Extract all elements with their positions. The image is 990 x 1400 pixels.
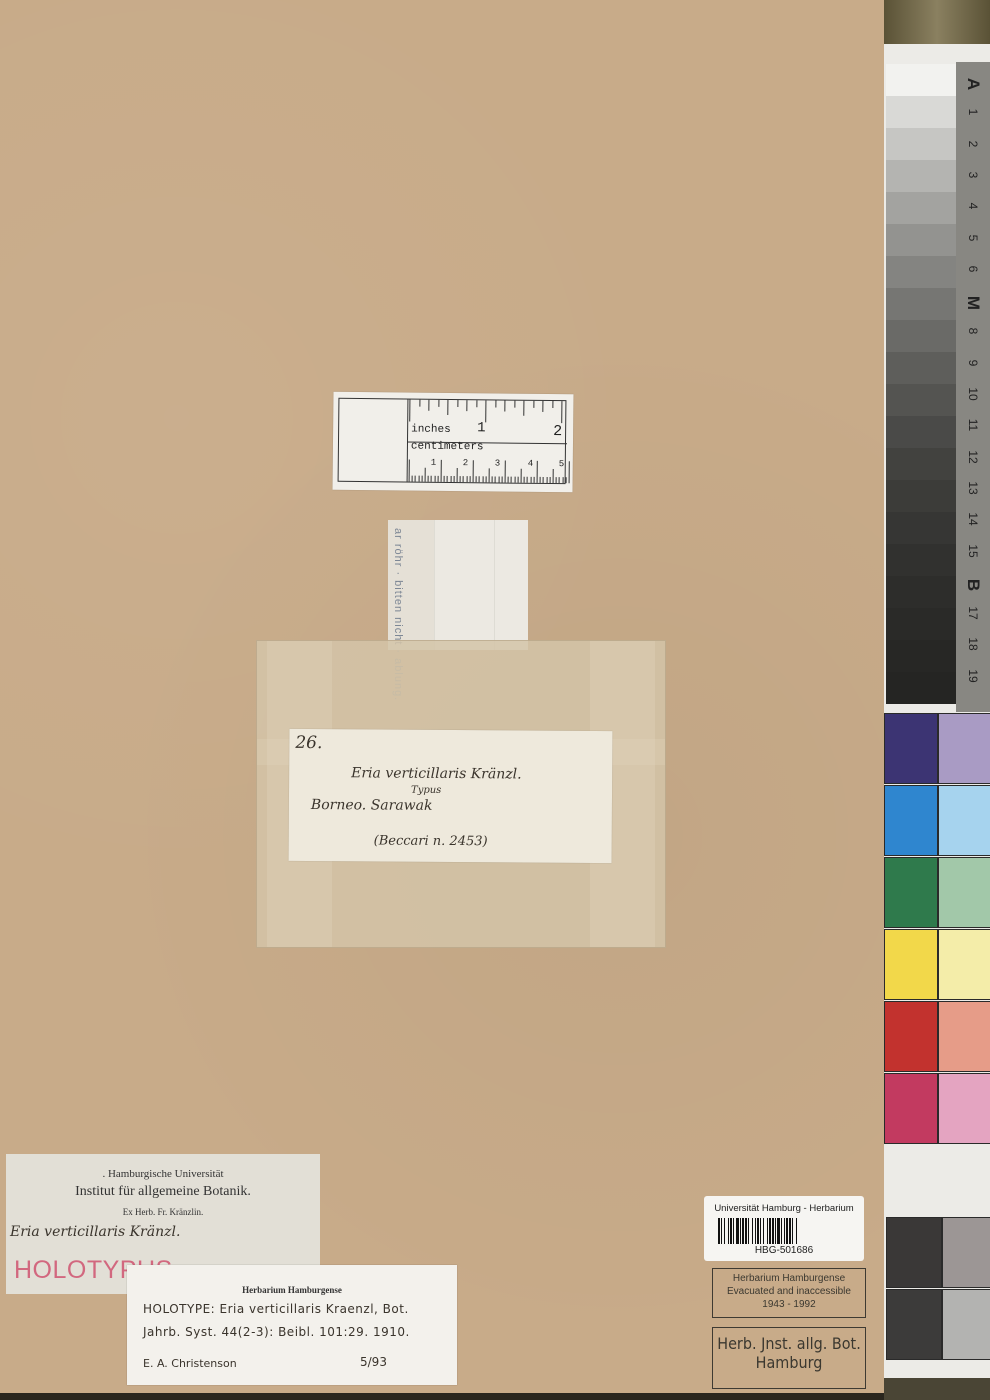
institute-stamp-line-1: Herb. Jnst. allg. Bot.	[713, 1334, 865, 1353]
ruler-tick	[542, 401, 543, 412]
barcode-title: Universität Hamburg - Herbarium	[704, 1203, 864, 1214]
gray-step	[886, 128, 956, 160]
gray-scale-label: 14	[966, 502, 980, 536]
ruler-tick	[495, 400, 496, 407]
ruler-tick	[546, 477, 547, 483]
ruler-tick	[473, 460, 474, 482]
ruler-tick	[524, 477, 525, 483]
gray-step	[886, 608, 956, 640]
gray-scale-label: 18	[966, 627, 980, 661]
gray-scale-label: 8	[966, 314, 980, 348]
ruler-inch-1: 1	[477, 420, 486, 436]
evacuated-stamp-line-2: Evacuated and inaccessible	[713, 1285, 865, 1298]
gray-step	[886, 576, 956, 608]
ruler-tick	[453, 476, 454, 482]
ruler-tick	[479, 476, 480, 482]
ruler-tick	[482, 476, 483, 482]
violet-swatch	[938, 713, 990, 784]
institution-handwritten-taxon: Eria verticillaris Kränzl.	[10, 1224, 180, 1240]
gray-step	[886, 192, 956, 224]
evacuated-stamp-line-3: 1943 - 1992	[713, 1298, 865, 1311]
gray-step	[886, 64, 956, 96]
ruler-tick	[437, 476, 438, 482]
red-swatch	[938, 1001, 990, 1072]
ruler-tick	[514, 477, 515, 483]
ruler-tick	[533, 401, 534, 408]
ruler-label: inches 1 2 centimeters 1 2 3 4 5	[332, 392, 573, 493]
field-label-collector: (Beccari n. 2453)	[374, 833, 488, 849]
ruler-tick	[527, 477, 528, 483]
ruler-tick	[425, 468, 426, 482]
ruler-tick	[498, 476, 499, 482]
ruler-tick	[514, 401, 515, 408]
ruler-tick	[418, 476, 419, 482]
ruler-tick	[447, 400, 448, 415]
gray-scale-label: 17	[966, 596, 980, 630]
ruler-tick	[466, 400, 467, 411]
neutral-swatch	[942, 1217, 990, 1288]
ruler-tick	[533, 477, 534, 483]
gray-step	[886, 96, 956, 128]
bottom-edge	[0, 1393, 990, 1400]
ruler-tick	[419, 400, 420, 407]
tape-band	[434, 520, 494, 650]
institution-ex-herb: Ex Herb. Fr. Kränzlin.	[6, 1207, 320, 1217]
ruler-cm-1: 1	[431, 458, 437, 468]
gray-step	[886, 320, 956, 352]
ruler-tick	[492, 476, 493, 482]
neutral-swatch	[886, 1217, 942, 1288]
ruler-tick	[476, 476, 477, 482]
ruler-cm-5: 5	[559, 459, 565, 469]
blue-swatch	[938, 785, 990, 856]
gray-scale-label: 13	[966, 471, 980, 505]
ruler-tick	[556, 477, 557, 483]
ruler-tick	[438, 400, 439, 407]
ruler-tick	[460, 476, 461, 482]
barcode-label: Universität Hamburg - Herbarium HBG-5016…	[704, 1196, 864, 1261]
gray-scale-label: 11	[966, 408, 980, 442]
ruler-inch-2: 2	[553, 423, 562, 440]
gray-step	[886, 544, 956, 576]
gray-step	[886, 256, 956, 288]
gray-scale-steps	[886, 64, 956, 704]
gray-scale-label: 15	[966, 534, 980, 568]
determination-header: Herbarium Hamburgense	[127, 1285, 457, 1295]
barcode	[718, 1218, 856, 1244]
ruler-tick	[540, 477, 541, 483]
gray-scale-label: 6	[966, 252, 980, 286]
gray-scale-label: 10	[966, 377, 980, 411]
neutral-swatch	[886, 1289, 942, 1360]
inch-ticks	[339, 399, 565, 401]
barcode-id: HBG-501686	[704, 1245, 864, 1256]
gray-step	[886, 448, 956, 480]
evacuated-stamp: Herbarium Hamburgense Evacuated and inac…	[712, 1268, 866, 1318]
gray-step	[886, 224, 956, 256]
gray-step	[886, 512, 956, 544]
right-top-background	[884, 0, 990, 44]
gray-scale-label: 5	[966, 221, 980, 255]
ruler-tick	[463, 476, 464, 482]
ruler-tick	[469, 476, 470, 482]
ruler-tick	[501, 477, 502, 483]
gray-scale-label: 3	[966, 158, 980, 192]
ruler-tick	[441, 460, 442, 482]
determination-determiner: E. A. Christenson	[143, 1357, 237, 1370]
ruler-tick	[485, 476, 486, 482]
yellow-swatch	[884, 929, 938, 1000]
field-label: 26. Eria verticillaris Kränzl. Typus Bor…	[289, 729, 613, 863]
ruler-tick	[428, 400, 429, 411]
ruler-tick	[428, 476, 429, 482]
ruler-tick	[552, 401, 553, 408]
determination-slip: Herbarium Hamburgense HOLOTYPE: Eria ver…	[127, 1265, 457, 1385]
neutral-swatch	[942, 1289, 990, 1360]
ruler-tick	[434, 476, 435, 482]
barcode-bar	[797, 1218, 798, 1244]
ruler-tick	[431, 476, 432, 482]
ruler-tick	[444, 476, 445, 482]
gray-step	[886, 352, 956, 384]
ruler-cm-label: centimeters	[411, 441, 484, 454]
field-label-status: Typus	[411, 785, 441, 796]
ruler-tick	[409, 400, 410, 422]
ruler-tick	[504, 401, 505, 412]
ruler-cm-2: 2	[463, 458, 469, 468]
ruler-tick	[489, 468, 490, 482]
ruler-cm-4: 4	[528, 459, 534, 469]
determination-date: 5/93	[360, 1355, 387, 1369]
cm-ticks	[339, 399, 565, 401]
ruler-tick	[508, 477, 509, 483]
ruler-inches-label: inches	[411, 424, 451, 436]
ruler-tick	[562, 477, 563, 483]
ruler-tick	[569, 461, 570, 483]
ruler-tick	[409, 460, 410, 482]
ruler-tick	[485, 400, 486, 422]
ruler-tick	[412, 476, 413, 482]
institution-institute: Institut für allgemeine Botanik.	[6, 1184, 320, 1200]
gray-scale-label: 1	[966, 95, 980, 129]
ruler-tick	[457, 400, 458, 407]
gray-step	[886, 384, 956, 416]
gray-scale-label: 4	[966, 189, 980, 223]
ruler-tick	[530, 477, 531, 483]
determination-line-2: Jahrb. Syst. 44(2-3): Beibl. 101:29. 191…	[143, 1325, 410, 1339]
ruler-tick	[561, 401, 562, 423]
ruler-tick	[415, 476, 416, 482]
gray-scale-label: 2	[966, 127, 980, 161]
ruler-tick	[450, 476, 451, 482]
gray-scale-label: 12	[966, 440, 980, 474]
ruler-tick	[523, 401, 524, 416]
field-label-taxon: Eria verticillaris Kränzl.	[351, 765, 522, 782]
yellow-swatch	[938, 929, 990, 1000]
gray-step	[886, 480, 956, 512]
ruler-tick	[549, 477, 550, 483]
institute-stamp-line-2: Hamburg	[713, 1353, 865, 1372]
ruler-tick	[466, 476, 467, 482]
ruler-tick	[495, 476, 496, 482]
ruler-tick	[511, 477, 512, 483]
ruler-tick	[559, 477, 560, 483]
ruler-cm-3: 3	[495, 458, 501, 468]
green-swatch	[884, 857, 938, 928]
ruler-tick	[476, 400, 477, 407]
green-swatch	[938, 857, 990, 928]
gray-scale-label: 19	[966, 659, 980, 693]
ruler-tick	[565, 477, 566, 483]
tape-band	[494, 520, 528, 650]
magenta-swatch	[884, 1073, 938, 1144]
magenta-swatch	[938, 1073, 990, 1144]
gray-step	[886, 288, 956, 320]
gray-step	[886, 640, 956, 672]
ruler-tick	[447, 476, 448, 482]
gray-step	[886, 672, 956, 704]
violet-swatch	[884, 713, 938, 784]
ruler-tick	[457, 468, 458, 482]
tape-strip	[388, 520, 528, 650]
ruler-tick	[537, 461, 538, 483]
ruler-frame: inches 1 2 centimeters 1 2 3 4 5	[338, 398, 567, 484]
ruler-tick	[517, 477, 518, 483]
ruler-tick	[421, 476, 422, 482]
ruler-tick	[543, 477, 544, 483]
gray-scale-label: 9	[966, 346, 980, 380]
determination-line-1: HOLOTYPE: Eria verticillaris Kraenzl, Bo…	[143, 1302, 409, 1316]
ruler-tick	[505, 461, 506, 483]
gray-step	[886, 160, 956, 192]
evacuated-stamp-line-1: Herbarium Hamburgense	[713, 1272, 865, 1285]
institution-university: . Hamburgische Universität	[6, 1168, 320, 1180]
institute-stamp: Herb. Jnst. allg. Bot. Hamburg	[712, 1327, 866, 1389]
field-label-number: 26.	[295, 733, 322, 753]
blue-swatch	[884, 785, 938, 856]
gray-step	[886, 416, 956, 448]
field-label-locality: Borneo. Sarawak	[311, 797, 433, 814]
ruler-tick	[521, 469, 522, 483]
ruler-tick	[553, 469, 554, 483]
red-swatch	[884, 1001, 938, 1072]
